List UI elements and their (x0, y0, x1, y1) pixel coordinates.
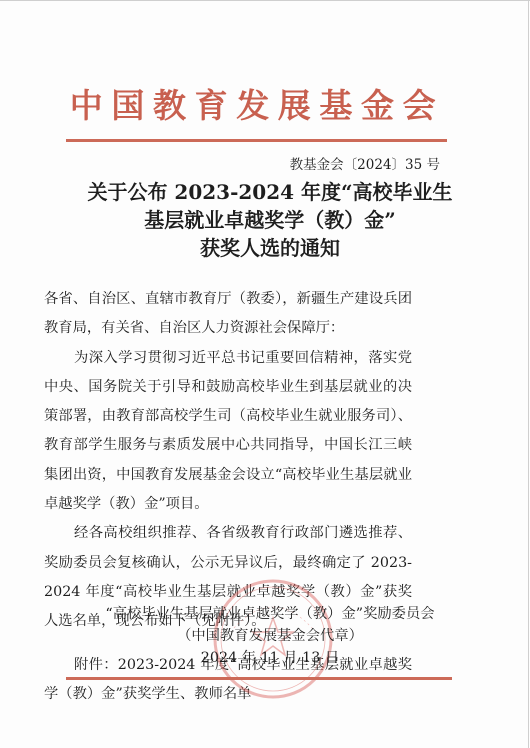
addressee: 各省、自治区、直辖市教育厅（教委），新疆生产建设兵团教育局，有关省、自治区人力资… (44, 285, 412, 344)
signature-block: “高校毕业生基层就业卓越奖学（教）金”奖励委员会 （中国教育发展基金会代章） 2… (44, 603, 454, 669)
page-top-edge (0, 0, 530, 1)
organization-header: 中国教育发展基金会 (62, 84, 452, 128)
page-right-edge (528, 0, 529, 748)
signature-committee: “高校毕业生基层就业卓越奖学（教）金”奖励委员会 (44, 603, 454, 625)
document-number: 教基金会〔2024〕35 号 (290, 155, 440, 175)
title-line-3: 获奖人选的通知 (40, 234, 500, 262)
signature-seal-note: （中国教育发展基金会代章） (44, 625, 454, 647)
header-red-rule (66, 139, 447, 142)
document-title: 关于公布 2023-2024 年度“高校毕业生 基层就业卓越奖学（教）金” 获奖… (40, 178, 500, 262)
title-line-2: 基层就业卓越奖学（教）金” (40, 206, 500, 234)
signature-date: 2024 年 11 月 13 日 (44, 647, 454, 669)
title-line-1: 关于公布 2023-2024 年度“高校毕业生 (40, 178, 500, 206)
footer-red-rule (66, 677, 452, 680)
body-paragraph-1: 为深入学习贯彻习近平总书记重要回信精神，落实党中央、国务院关于引导和鼓励高校毕业… (44, 344, 412, 520)
